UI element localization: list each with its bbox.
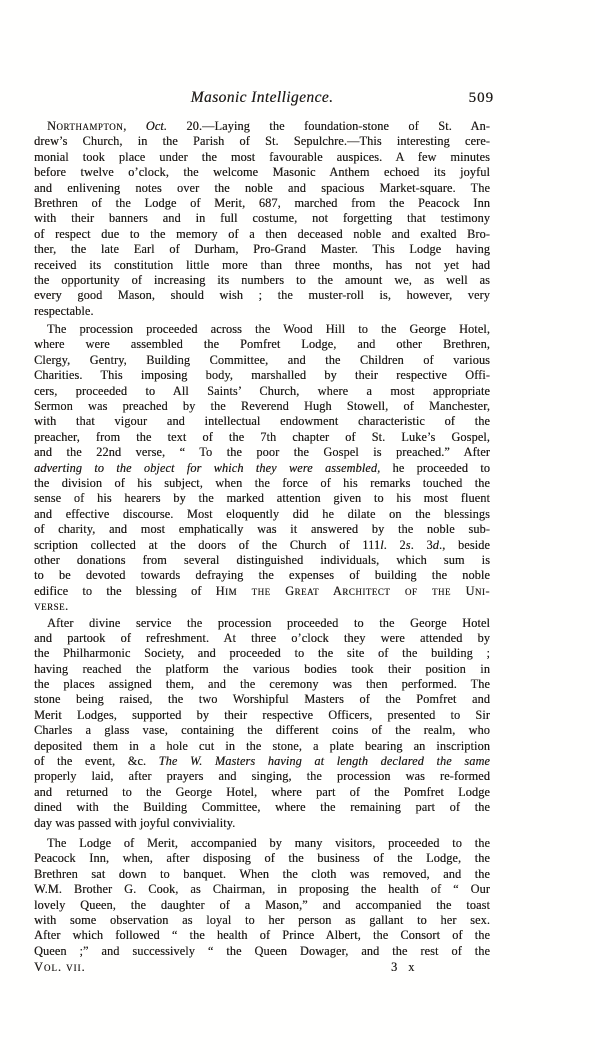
- text-segment: . 3: [411, 538, 433, 552]
- page-header: Masonic Intelligence. 509: [34, 89, 490, 109]
- text-segment: where were assembled the Pomfret Lodge, …: [34, 337, 490, 351]
- text-segment: day was passed with joyful conviviality.: [34, 816, 235, 830]
- text-line: The Lodge of Merit, accompanied by many …: [34, 836, 490, 851]
- text-segment: drew’s Church, in the Parish of St. Sepu…: [34, 134, 490, 148]
- text-line: every good Mason, should wish ; the must…: [34, 288, 490, 303]
- text-line: received its constitution little more th…: [34, 258, 490, 273]
- paragraph: Northampton, Oct. 20.—Laying the foundat…: [34, 119, 490, 319]
- text-segment: Oct.: [146, 119, 167, 133]
- text-segment: After which followed “ the health of Pri…: [34, 928, 490, 942]
- text-line: Charles a glass vase, containing the dif…: [34, 723, 490, 738]
- text-line: day was passed with joyful conviviality.: [34, 816, 490, 831]
- text-segment: and returned to the George Hotel, where …: [34, 785, 490, 799]
- text-segment: properly laid, after prayers and singing…: [34, 769, 490, 783]
- text-segment: every good Mason, should wish ; the must…: [34, 288, 490, 302]
- text-line: and enlivening notes over the noble and …: [34, 181, 490, 196]
- page-footer: Vol. vii. 3 x: [34, 960, 490, 976]
- text-segment: verse.: [34, 599, 69, 613]
- text-line: The procession proceeded across the Wood…: [34, 322, 490, 337]
- text-segment: Brethren of the Lodge of Merit, 687, mar…: [34, 196, 490, 210]
- text-segment: Queen ;” and successively “ the Queen Do…: [34, 944, 490, 958]
- text-line: stone being raised, the two Worshipful M…: [34, 692, 490, 707]
- text-segment: 20.—Laying the foundation-stone of St. A…: [167, 119, 490, 133]
- text-segment: cers, proceeded to All Saints’ Church, w…: [34, 384, 490, 398]
- text-segment: the places assigned them, and the ceremo…: [34, 677, 490, 691]
- text-line: properly laid, after prayers and singing…: [34, 769, 490, 784]
- running-title: Masonic Intelligence.: [34, 89, 490, 107]
- text-segment: ,: [123, 119, 146, 133]
- text-segment: Charities. This imposing body, marshalle…: [34, 368, 490, 382]
- text-line: Sermon was preached by the Reverend Hugh…: [34, 399, 490, 414]
- volume-label: Vol. vii.: [34, 960, 86, 974]
- text-segment: monial took place under the most favoura…: [34, 150, 490, 164]
- text-segment: the opportunity of increasing its number…: [34, 273, 490, 287]
- text-line: Northampton, Oct. 20.—Laying the foundat…: [34, 119, 490, 134]
- text-line: before twelve o’clock, the welcome Mason…: [34, 165, 490, 180]
- text-line: to be devoted towards defraying the expe…: [34, 568, 490, 583]
- text-line: After divine service the procession proc…: [34, 616, 490, 631]
- text-line: ther, the late Earl of Durham, Pro-Grand…: [34, 242, 490, 257]
- text-line: Charities. This imposing body, marshalle…: [34, 368, 490, 383]
- text-segment: sense of his hearers by the marked atten…: [34, 491, 490, 505]
- text-line: cers, proceeded to All Saints’ Church, w…: [34, 384, 490, 399]
- text-line: and the 22nd verse, “ To the poor the Go…: [34, 445, 490, 460]
- text-line: Peacock Inn, when, after disposing of th…: [34, 851, 490, 866]
- text-segment: having reached the platform the various …: [34, 662, 490, 676]
- text-segment: and the 22nd verse, “ To the poor the Go…: [34, 445, 490, 459]
- text-segment: he proceeded to: [380, 461, 490, 475]
- text-segment: The procession proceeded across the Wood…: [47, 322, 490, 336]
- text-segment: with that vigour and intellectual endowm…: [34, 414, 490, 428]
- text-segment: deposited them in a hole cut in the ston…: [34, 739, 490, 753]
- text-segment: the Philharmonic Society, and proceeded …: [34, 646, 490, 660]
- text-segment: adverting to the object for which they w…: [34, 461, 380, 475]
- text-segment: The W. Masters having at length declared…: [159, 754, 490, 768]
- text-segment: Him the Great Architect of the Uni-: [216, 584, 490, 598]
- text-segment: other donations from several distinguish…: [34, 553, 490, 567]
- signature-mark: 3 x: [391, 960, 418, 975]
- text-line: Brethren sat down to banquet. When the c…: [34, 867, 490, 882]
- paragraph: The procession proceeded across the Wood…: [34, 322, 490, 614]
- text-line: and effective discourse. Most eloquently…: [34, 507, 490, 522]
- scanned-page: Masonic Intelligence. 509 Northampton, O…: [0, 0, 595, 1063]
- text-segment: with some observation as loyal to her pe…: [34, 913, 490, 927]
- text-line: with some observation as loyal to her pe…: [34, 913, 490, 928]
- text-line: monial took place under the most favoura…: [34, 150, 490, 165]
- text-segment: of charity, and most emphatically was it…: [34, 522, 490, 536]
- text-segment: of the event, &c.: [34, 754, 159, 768]
- text-line: After which followed “ the health of Pri…: [34, 928, 490, 943]
- text-segment: Northampton: [47, 119, 123, 133]
- text-line: of respect due to the memory of a then d…: [34, 227, 490, 242]
- text-segment: respectable.: [34, 304, 94, 318]
- text-segment: Clergy, Gentry, Building Committee, and …: [34, 353, 490, 367]
- text-line: deposited them in a hole cut in the ston…: [34, 739, 490, 754]
- text-segment: and partook of refreshment. At three o’c…: [34, 631, 490, 645]
- text-segment: The Lodge of Merit, accompanied by many …: [47, 836, 490, 850]
- text-line: drew’s Church, in the Parish of St. Sepu…: [34, 134, 490, 149]
- text-line: the division of his subject, when the fo…: [34, 476, 490, 491]
- text-line: where were assembled the Pomfret Lodge, …: [34, 337, 490, 352]
- text-segment: the division of his subject, when the fo…: [34, 476, 490, 490]
- text-line: having reached the platform the various …: [34, 662, 490, 677]
- text-line: verse.: [34, 599, 490, 614]
- text-segment: Charles a glass vase, containing the dif…: [34, 723, 490, 737]
- text-line: with that vigour and intellectual endowm…: [34, 414, 490, 429]
- text-segment: of respect due to the memory of a then d…: [34, 227, 490, 241]
- text-segment: before twelve o’clock, the welcome Mason…: [34, 165, 490, 179]
- text-line: Queen ;” and successively “ the Queen Do…: [34, 944, 490, 959]
- text-segment: with their banners and in full costume, …: [34, 211, 490, 225]
- text-line: the Philharmonic Society, and proceeded …: [34, 646, 490, 661]
- text-line: lovely Queen, the daughter of a Mason,” …: [34, 898, 490, 913]
- text-segment: preacher, from the text of the 7th chapt…: [34, 430, 490, 444]
- text-line: other donations from several distinguish…: [34, 553, 490, 568]
- text-segment: lovely Queen, the daughter of a Mason,” …: [34, 898, 490, 912]
- text-segment: W.M. Brother G. Cook, as Chairman, in pr…: [34, 882, 490, 896]
- text-segment: Peacock Inn, when, after disposing of th…: [34, 851, 490, 865]
- text-line: dined with the Building Committee, where…: [34, 800, 490, 815]
- text-line: Merit Lodges, supported by their respect…: [34, 708, 490, 723]
- paragraph: After divine service the procession proc…: [34, 616, 490, 831]
- text-line: W.M. Brother G. Cook, as Chairman, in pr…: [34, 882, 490, 897]
- text-segment: ther, the late Earl of Durham, Pro-Grand…: [34, 242, 490, 256]
- text-segment: and effective discourse. Most eloquently…: [34, 507, 490, 521]
- text-line: Brethren of the Lodge of Merit, 687, mar…: [34, 196, 490, 211]
- text-segment: to be devoted towards defraying the expe…: [34, 568, 490, 582]
- text-segment: After divine service the procession proc…: [47, 616, 490, 630]
- text-segment: Brethren sat down to banquet. When the c…: [34, 867, 490, 881]
- article-body: Northampton, Oct. 20.—Laying the foundat…: [34, 119, 490, 959]
- text-line: preacher, from the text of the 7th chapt…: [34, 430, 490, 445]
- text-segment: ., beside: [439, 538, 490, 552]
- text-segment: edifice to the blessing of: [34, 584, 216, 598]
- text-segment: stone being raised, the two Worshipful M…: [34, 692, 490, 706]
- text-segment: received its constitution little more th…: [34, 258, 490, 272]
- text-line: of the event, &c. The W. Masters having …: [34, 754, 490, 769]
- text-line: adverting to the object for which they w…: [34, 461, 490, 476]
- text-line: the places assigned them, and the ceremo…: [34, 677, 490, 692]
- text-segment: Merit Lodges, supported by their respect…: [34, 708, 490, 722]
- text-line: of charity, and most emphatically was it…: [34, 522, 490, 537]
- page-number: 509: [469, 90, 495, 107]
- text-line: sense of his hearers by the marked atten…: [34, 491, 490, 506]
- text-segment: Sermon was preached by the Reverend Hugh…: [34, 399, 490, 413]
- text-line: the opportunity of increasing its number…: [34, 273, 490, 288]
- text-line: edifice to the blessing of Him the Great…: [34, 584, 490, 599]
- text-segment: dined with the Building Committee, where…: [34, 800, 490, 814]
- text-line: scription collected at the doors of the …: [34, 538, 490, 553]
- text-line: Clergy, Gentry, Building Committee, and …: [34, 353, 490, 368]
- text-segment: scription collected at the doors of the …: [34, 538, 380, 552]
- text-line: respectable.: [34, 304, 490, 319]
- text-segment: and enlivening notes over the noble and …: [34, 181, 490, 195]
- paragraph: The Lodge of Merit, accompanied by many …: [34, 836, 490, 959]
- text-line: and partook of refreshment. At three o’c…: [34, 631, 490, 646]
- text-line: and returned to the George Hotel, where …: [34, 785, 490, 800]
- text-segment: . 2: [384, 538, 406, 552]
- text-line: with their banners and in full costume, …: [34, 211, 490, 226]
